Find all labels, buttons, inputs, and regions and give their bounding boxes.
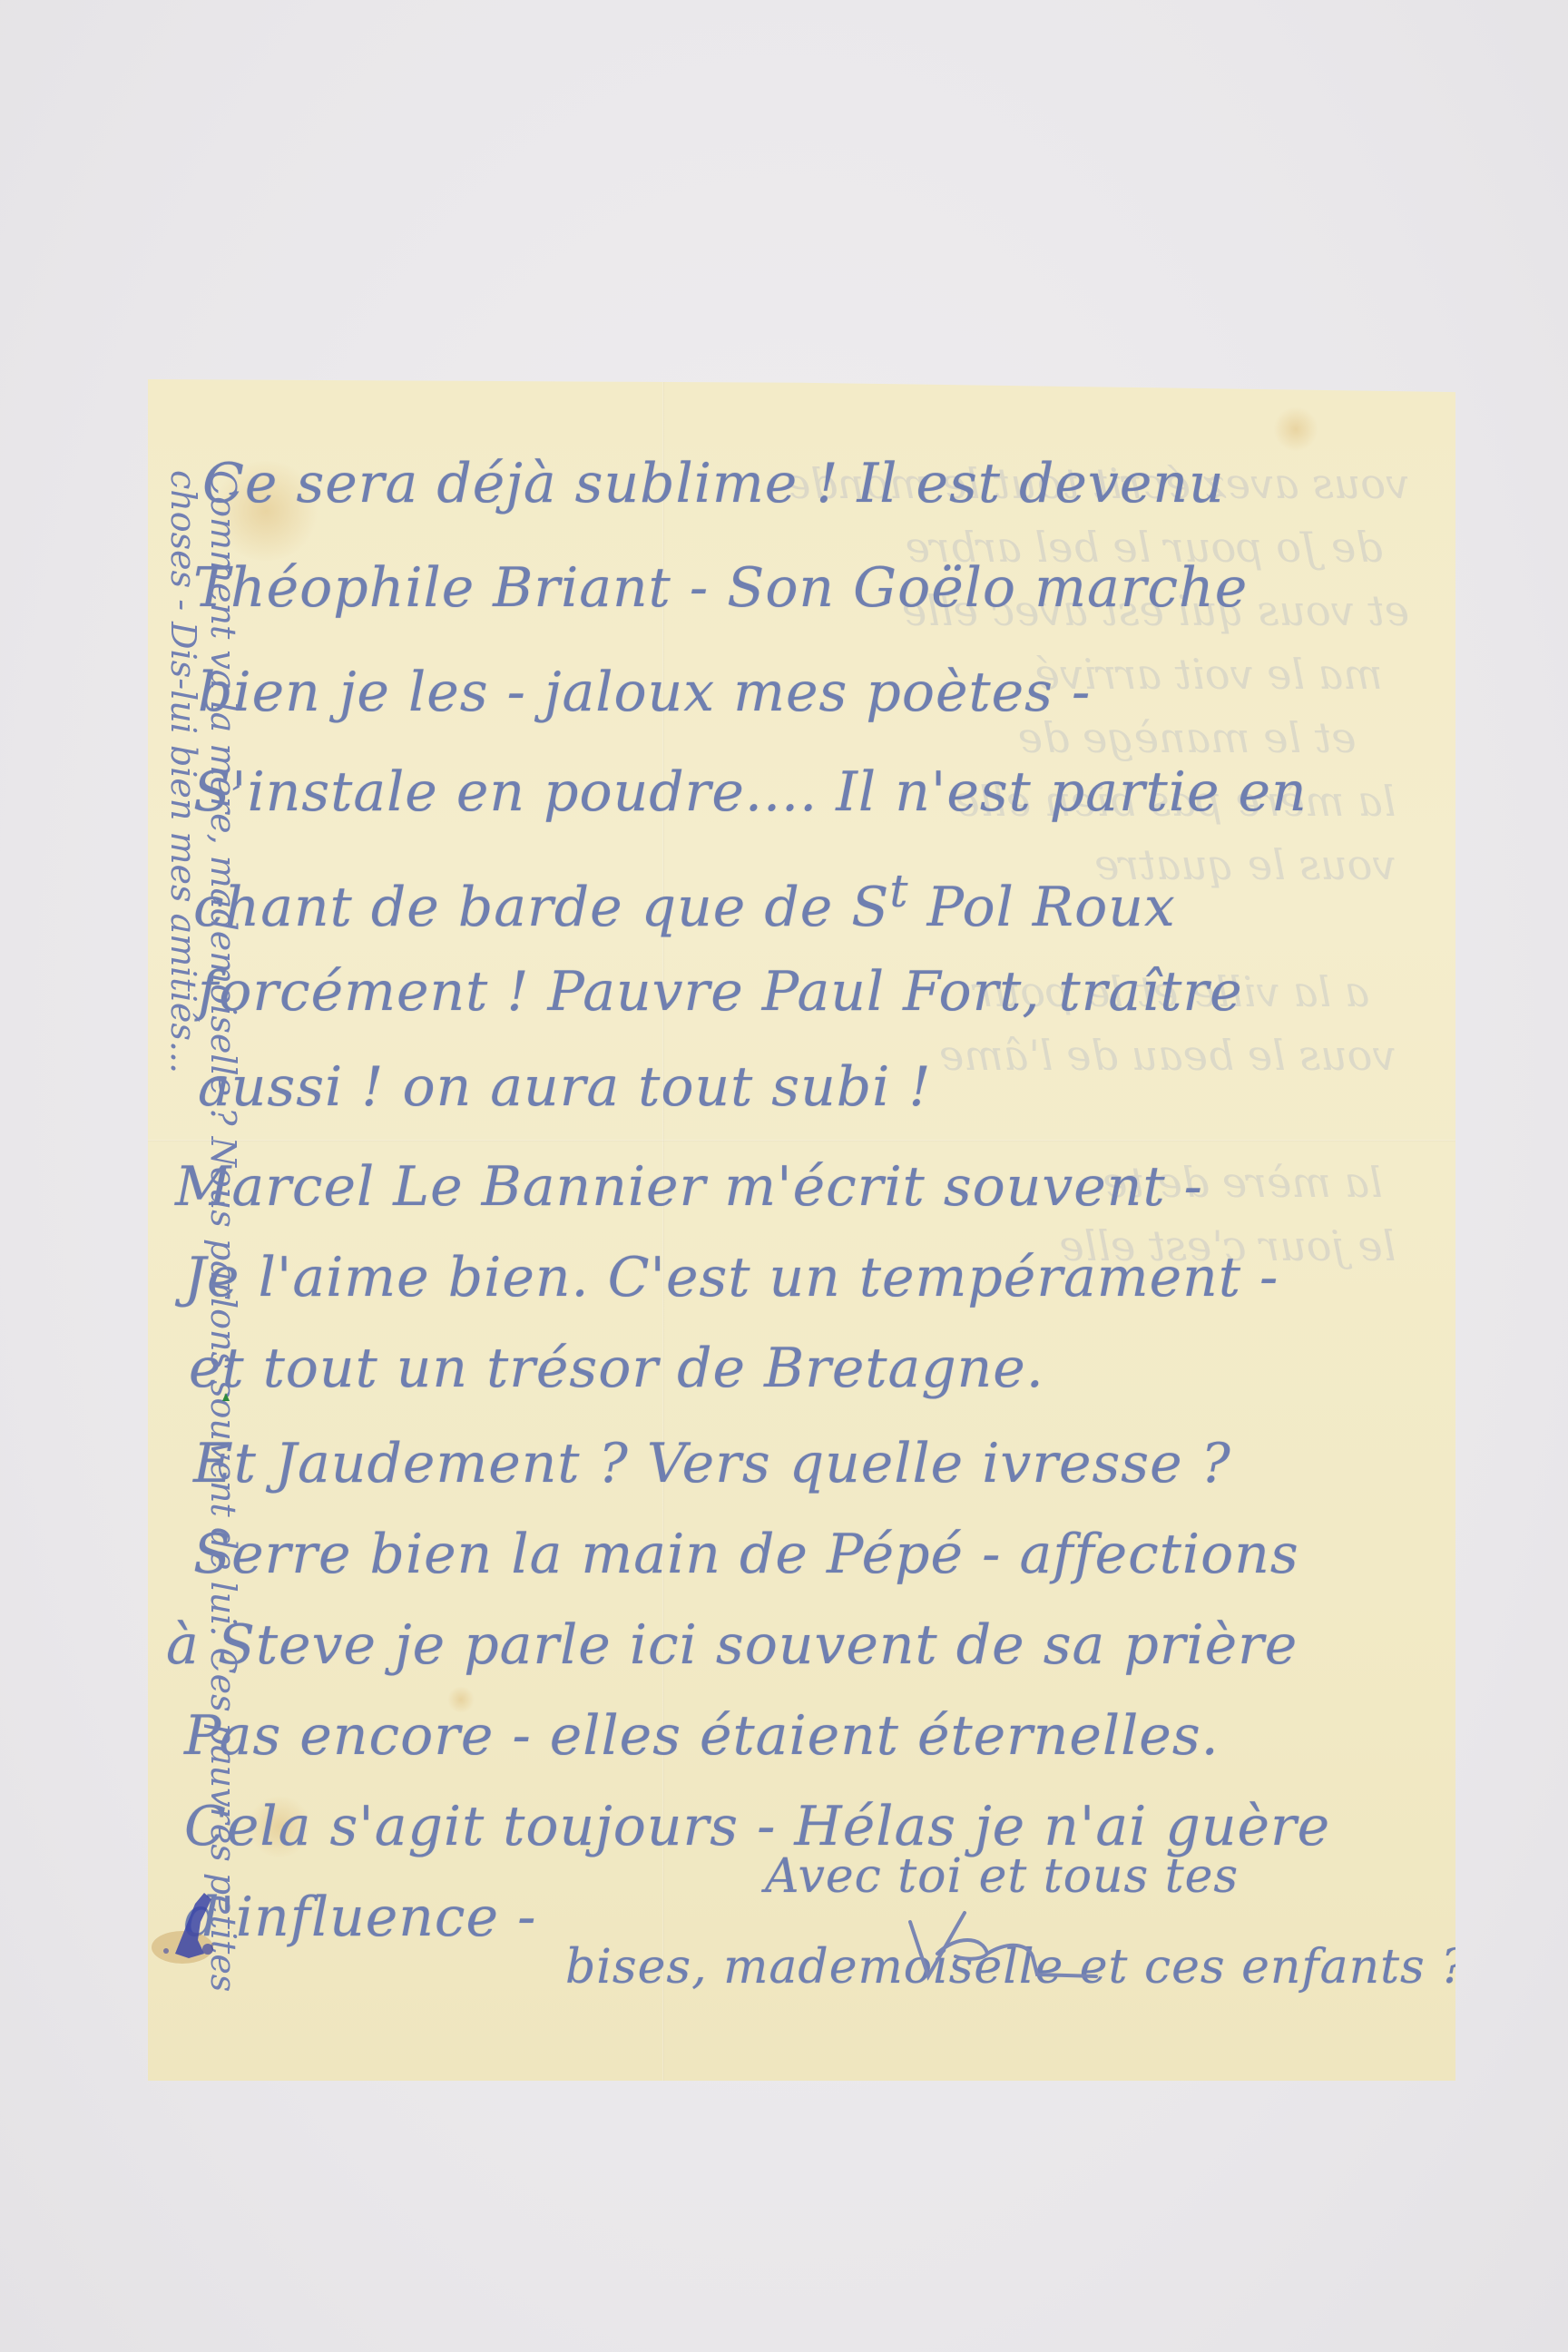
letter-line: bien je les - jaloux mes poètes - xyxy=(198,661,1091,724)
green-ink-speck xyxy=(220,1391,233,1402)
letter-line: à Steve je parle ici souvent de sa prièr… xyxy=(166,1613,1298,1677)
letter-line: Ce sera déjà sublime ! Il est devenu xyxy=(202,452,1225,515)
letter-line: Avec toi et tous tes xyxy=(765,1849,1239,1904)
letter-line: Marcel Le Bannier m'écrit souvent - xyxy=(175,1155,1203,1219)
letter-body: Ce sera déjà sublime ! Il est devenu Thé… xyxy=(148,379,1455,2081)
letter-line: Et Jaudement ? Vers quelle ivresse ? xyxy=(193,1432,1231,1495)
letter-line: forcément ! Pauvre Paul Fort, traître xyxy=(198,960,1243,1024)
letter-line: Théophile Briant - Son Goëlo marche xyxy=(193,556,1248,620)
letter-line: et tout un trésor de Bretagne. xyxy=(189,1337,1044,1400)
letter-sheet: vous avez écrit tout le monde de Jo pour… xyxy=(148,379,1455,2081)
letter-line: Serre bien la main de Pépé - affections xyxy=(193,1523,1299,1586)
ink-blot xyxy=(148,1867,230,1967)
signature-mark xyxy=(901,1904,1101,1985)
letter-line: aussi ! on aura tout subi ! xyxy=(198,1055,932,1119)
margin-note-vertical: Comment va la mère, mademoiselle ? Nous … xyxy=(163,470,243,2013)
letter-line: S'instale en poudre.... Il n'est partie … xyxy=(193,760,1308,824)
letter-line: Je l'aime bien. C'est un tempérament - xyxy=(184,1246,1279,1309)
letter-line: Pas encore - elles étaient éternelles. xyxy=(184,1704,1220,1768)
letter-line: chant de barde que de St Pol Roux xyxy=(193,865,1176,939)
